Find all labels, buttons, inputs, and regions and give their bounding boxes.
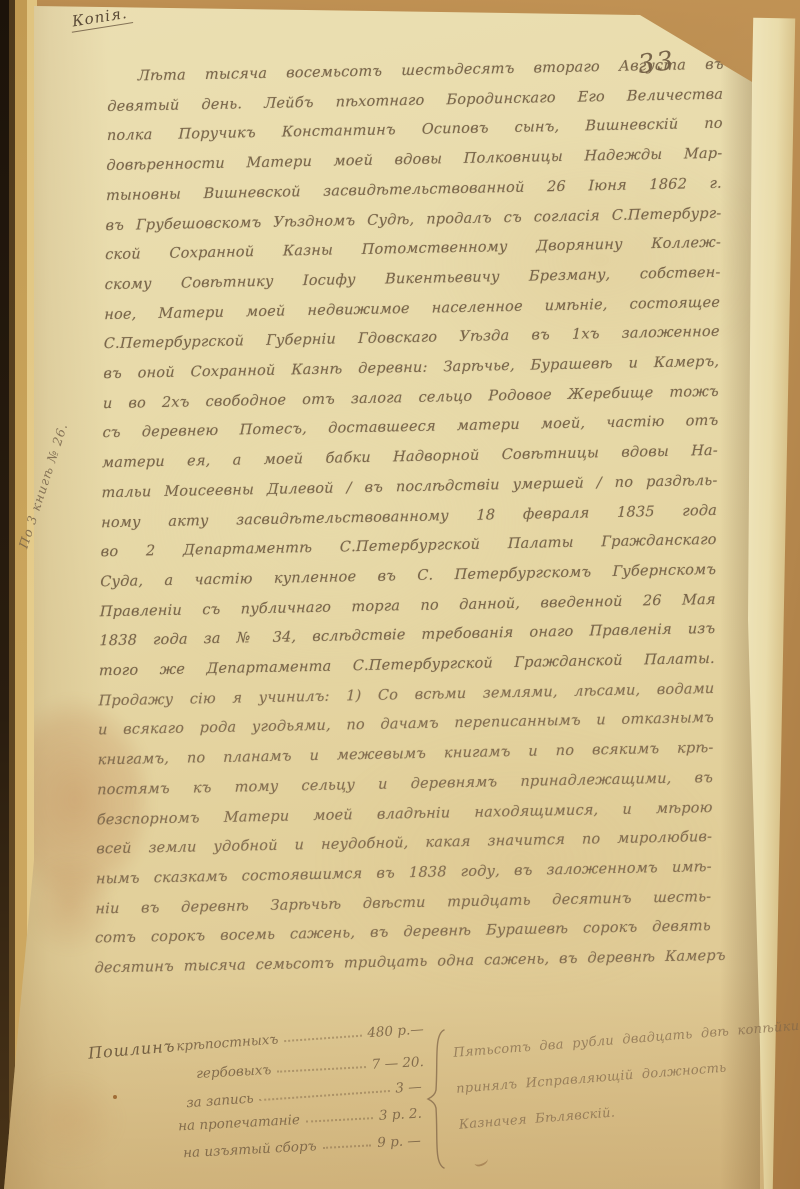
manuscript-body: Лѣта тысяча восемьсотъ шестьдесятъ втора… [94,51,724,985]
corner-stain [0,1060,140,1180]
fee-amount: 3 р. 2. [378,1106,422,1124]
dotted-leader [306,1116,373,1123]
fee-amount: 9 р. — [377,1133,421,1151]
ink-dot [113,1095,117,1099]
dotted-leader [277,1065,366,1073]
curly-brace-icon [426,1028,450,1170]
fee-amount: 7 — 20. [371,1054,424,1073]
fee-amount: 3 — [395,1079,422,1097]
binding-edge-dark [0,0,9,1189]
dotted-leader [323,1143,372,1149]
dotted-leader [284,1034,361,1042]
archival-photo-stage: Копія. 33 По 3 книгѣ № 26. Лѣта тысяча в… [0,0,800,1189]
